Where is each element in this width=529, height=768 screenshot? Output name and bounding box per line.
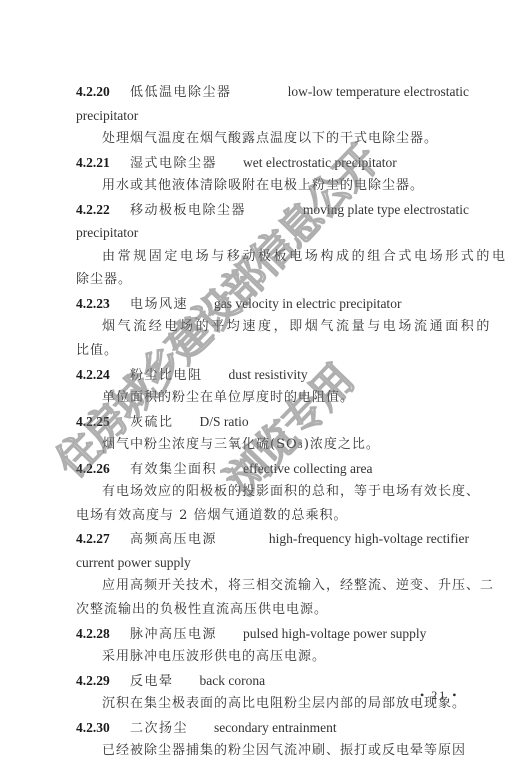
term-chinese: 高频高压电源 — [130, 528, 217, 552]
term-chinese: 有效集尘面积 — [130, 458, 217, 482]
term-definition: 沉积在集尘极表面的高比电阻粉尘层内部的局部放电现象。 — [76, 692, 469, 716]
term-chinese: 湿式电除尘器 — [130, 152, 217, 176]
term-english: moving plate type electrostatic — [272, 198, 469, 222]
term-chinese: 移动极板电除尘器 — [130, 199, 246, 223]
term-definition: 单位面积的粉尘在单位厚度时的电阻值。 — [76, 386, 469, 410]
term-number: 4.2.20 — [76, 80, 120, 104]
term-chinese: 二次扬尘 — [130, 717, 188, 741]
term-number: 4.2.29 — [76, 669, 120, 693]
term-heading: 4.2.27 高频高压电源 high-frequency high-voltag… — [76, 527, 469, 551]
term-definition: 用水或其他液体清除吸附在电极上粉尘的电除尘器。 — [76, 174, 469, 198]
term-definition-continued: 除尘器。 — [76, 268, 469, 292]
term-definition-continued: 比值。 — [76, 339, 469, 363]
term-chinese: 电场风速 — [130, 293, 188, 317]
term-english: low-low temperature electrostatic — [258, 80, 469, 104]
term-chinese: 反电晕 — [130, 670, 174, 694]
document-page: 4.2.20 低低温电除尘器 low-low temperature elect… — [0, 0, 529, 768]
term-number: 4.2.30 — [76, 716, 120, 740]
term-definition: 处理烟气温度在烟气酸露点温度以下的干式电除尘器。 — [76, 127, 469, 151]
term-number: 4.2.27 — [76, 527, 120, 551]
term-english: gas velocity in electric precipitator — [214, 292, 401, 316]
term-english-continued: precipitator — [76, 104, 469, 128]
term-heading: 4.2.29 反电晕 back corona — [76, 669, 469, 693]
term-definition: 由常规固定电场与移动极板电场构成的组合式电场形式的电 — [76, 245, 469, 269]
term-definition: 有电场效应的阳极板的投影面积的总和，等于电场有效长度、 — [76, 480, 469, 504]
term-heading: 4.2.20 低低温电除尘器 low-low temperature elect… — [76, 80, 469, 104]
term-definition: 烟气流经电场的平均速度，即烟气流量与电场流通面积的 — [76, 315, 469, 339]
term-heading: 4.2.26 有效集尘面积 effective collecting area — [76, 457, 469, 481]
term-definition: 烟气中粉尘浓度与三氧化硫(SO₃)浓度之比。 — [76, 433, 469, 457]
term-number: 4.2.25 — [76, 410, 120, 434]
term-english: effective collecting area — [243, 457, 372, 481]
term-english-continued: current power supply — [76, 551, 469, 575]
term-definition-continued: 次整流输出的负极性直流高压供电电源。 — [76, 598, 469, 622]
term-chinese: 灰硫比 — [130, 411, 174, 435]
term-definition: 已经被除尘器捕集的粉尘因气流冲刷、振打或反电晕等原因 — [76, 739, 469, 763]
term-number: 4.2.22 — [76, 198, 120, 222]
term-chinese: 低低温电除尘器 — [130, 81, 232, 105]
term-heading: 4.2.30 二次扬尘 secondary entrainment — [76, 716, 469, 740]
term-number: 4.2.23 — [76, 292, 120, 316]
term-english: dust resistivity — [229, 363, 308, 387]
term-definition: 应用高频开关技术，将三相交流输入，经整流、逆变、升压、二 — [76, 574, 469, 598]
term-number: 4.2.28 — [76, 622, 120, 646]
term-definition: 采用脉冲电压波形供电的高压电源。 — [76, 645, 469, 669]
term-english: wet electrostatic precipitator — [243, 151, 397, 175]
term-chinese: 粉尘比电阻 — [130, 364, 203, 388]
term-english-continued: precipitator — [76, 221, 469, 245]
term-number: 4.2.26 — [76, 457, 120, 481]
term-chinese: 脉冲高压电源 — [130, 623, 217, 647]
term-english: high-frequency high-voltage rectifier — [243, 527, 469, 551]
term-number: 4.2.24 — [76, 363, 120, 387]
term-number: 4.2.21 — [76, 151, 120, 175]
term-heading: 4.2.28 脉冲高压电源 pulsed high-voltage power … — [76, 622, 469, 646]
term-heading: 4.2.25 灰硫比 D/S ratio — [76, 410, 469, 434]
term-heading: 4.2.23 电场风速 gas velocity in electric pre… — [76, 292, 469, 316]
term-english: pulsed high-voltage power supply — [243, 622, 426, 646]
term-heading: 4.2.24 粉尘比电阻 dust resistivity — [76, 363, 469, 387]
term-english: secondary entrainment — [214, 716, 337, 740]
term-english: back corona — [200, 669, 266, 693]
term-english: D/S ratio — [200, 410, 249, 434]
term-heading: 4.2.21 湿式电除尘器 wet electrostatic precipit… — [76, 151, 469, 175]
page-number: • 21 • — [420, 688, 458, 703]
term-heading: 4.2.22 移动极板电除尘器 moving plate type electr… — [76, 198, 469, 222]
terms-section: 4.2.20 低低温电除尘器 low-low temperature elect… — [76, 80, 469, 763]
term-definition-continued: 电场有效高度与 2 倍烟气通道数的总乘积。 — [76, 504, 469, 528]
